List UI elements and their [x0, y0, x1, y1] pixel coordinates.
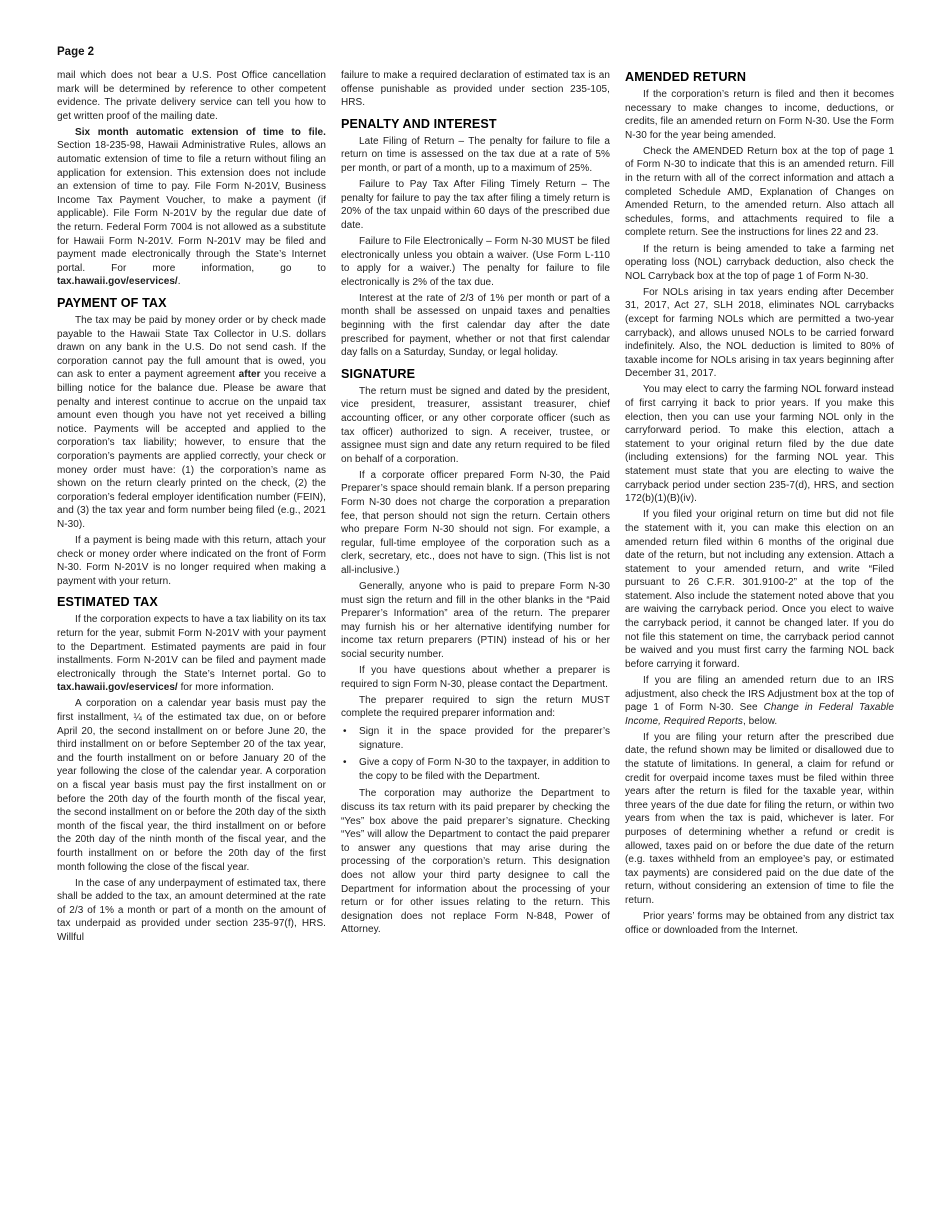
paragraph: In the case of any underpayment of estim…: [57, 877, 326, 945]
paragraph: Late Filing of Return – The penalty for …: [341, 135, 610, 176]
text-run: If the corporation’s return is filed and…: [625, 89, 894, 141]
paragraph: Generally, anyone who is paid to prepare…: [341, 580, 610, 662]
text-run: If the corporation expects to have a tax…: [57, 614, 326, 679]
text-run: Generally, anyone who is paid to prepare…: [341, 581, 610, 660]
text-run: after: [239, 369, 261, 380]
text-run: Failure to File Electronically – Form N-…: [341, 236, 610, 288]
text-run: If you have questions about whether a pr…: [341, 665, 610, 690]
paragraph: Six month automatic extension of time to…: [57, 126, 326, 289]
text-run: A corporation on a calendar year basis m…: [57, 698, 326, 872]
paragraph: The tax may be paid by money order or by…: [57, 314, 326, 532]
text-run: Failure to Pay Tax After Filing Timely R…: [341, 179, 610, 231]
text-run: The corporation may authorize the Depart…: [341, 788, 610, 935]
text-run: The preparer required to sign the return…: [341, 695, 610, 720]
paragraph: If you have questions about whether a pr…: [341, 664, 610, 691]
three-column-layout: mail which does not bear a U.S. Post Off…: [57, 69, 895, 947]
text-run: tax.hawaii.gov/eservices/: [57, 682, 178, 693]
paragraph: If the corporation expects to have a tax…: [57, 613, 326, 695]
text-run: Sign it in the space provided for the pr…: [359, 726, 610, 751]
section-heading: PENALTY AND INTEREST: [341, 117, 610, 132]
text-run: Prior years’ forms may be obtained from …: [625, 911, 894, 936]
document-page: Page 2 mail which does not bear a U.S. P…: [0, 0, 950, 1230]
paragraph: You may elect to carry the farming NOL f…: [625, 383, 894, 505]
text-run: .: [178, 276, 181, 287]
text-run: If a corporate officer prepared Form N-3…: [341, 470, 610, 576]
paragraph: If a corporate officer prepared Form N-3…: [341, 469, 610, 578]
paragraph: Failure to File Electronically – Form N-…: [341, 235, 610, 289]
section-heading: SIGNATURE: [341, 367, 610, 382]
text-run: Six month automatic extension of time to…: [75, 127, 326, 138]
text-run: If a payment is being made with this ret…: [57, 535, 326, 587]
text-run: The return must be signed and dated by t…: [341, 386, 610, 465]
paragraph: Failure to Pay Tax After Filing Timely R…: [341, 178, 610, 232]
text-run: tax.hawaii.gov/eservices/: [57, 276, 178, 287]
text-run: If the return is being amended to take a…: [625, 244, 894, 282]
paragraph: Interest at the rate of 2/3 of 1% per mo…: [341, 292, 610, 360]
column-2: failure to make a required declaration o…: [341, 69, 610, 939]
paragraph: The corporation may authorize the Depart…: [341, 787, 610, 937]
section-heading: AMENDED RETURN: [625, 70, 894, 85]
paragraph: failure to make a required declaration o…: [341, 69, 610, 110]
text-run: , below.: [743, 716, 777, 727]
paragraph: If the corporation’s return is filed and…: [625, 88, 894, 142]
text-run: Give a copy of Form N-30 to the taxpayer…: [359, 757, 610, 782]
section-heading: ESTIMATED TAX: [57, 595, 326, 610]
paragraph: mail which does not bear a U.S. Post Off…: [57, 69, 326, 123]
paragraph: A corporation on a calendar year basis m…: [57, 697, 326, 874]
text-run: mail which does not bear a U.S. Post Off…: [57, 70, 326, 122]
text-run: For NOLs arising in tax years ending aft…: [625, 287, 894, 380]
column-1: mail which does not bear a U.S. Post Off…: [57, 69, 326, 947]
bullet-icon: •: [343, 756, 347, 770]
column-3: AMENDED RETURNIf the corporation’s retur…: [625, 69, 894, 940]
page-number-label: Page 2: [57, 46, 895, 58]
paragraph: If you filed your original return on tim…: [625, 508, 894, 671]
section-heading: PAYMENT OF TAX: [57, 296, 326, 311]
text-run: Interest at the rate of 2/3 of 1% per mo…: [341, 293, 610, 358]
bullet-item: •Give a copy of Form N-30 to the taxpaye…: [341, 756, 610, 783]
text-run: If you filed your original return on tim…: [625, 509, 894, 670]
text-run: If you are filing your return after the …: [625, 732, 894, 906]
paragraph: If the return is being amended to take a…: [625, 243, 894, 284]
bullet-item: •Sign it in the space provided for the p…: [341, 725, 610, 752]
text-run: Check the AMENDED Return box at the top …: [625, 146, 894, 239]
paragraph: If you are filing your return after the …: [625, 731, 894, 908]
paragraph: The preparer required to sign the return…: [341, 694, 610, 721]
text-run: Section 18-235-98, Hawaii Administrative…: [57, 140, 326, 273]
paragraph: Check the AMENDED Return box at the top …: [625, 145, 894, 240]
bullet-icon: •: [343, 725, 347, 739]
paragraph: Prior years’ forms may be obtained from …: [625, 910, 894, 937]
text-run: you receive a billing notice for the bal…: [57, 369, 326, 530]
paragraph: If a payment is being made with this ret…: [57, 534, 326, 588]
text-run: failure to make a required declaration o…: [341, 70, 610, 108]
text-run: You may elect to carry the farming NOL f…: [625, 384, 894, 504]
text-run: In the case of any underpayment of estim…: [57, 878, 326, 943]
paragraph: If you are filing an amended return due …: [625, 674, 894, 728]
paragraph: For NOLs arising in tax years ending aft…: [625, 286, 894, 381]
text-run: Late Filing of Return – The penalty for …: [341, 136, 610, 174]
text-run: for more information.: [178, 682, 274, 693]
paragraph: The return must be signed and dated by t…: [341, 385, 610, 467]
